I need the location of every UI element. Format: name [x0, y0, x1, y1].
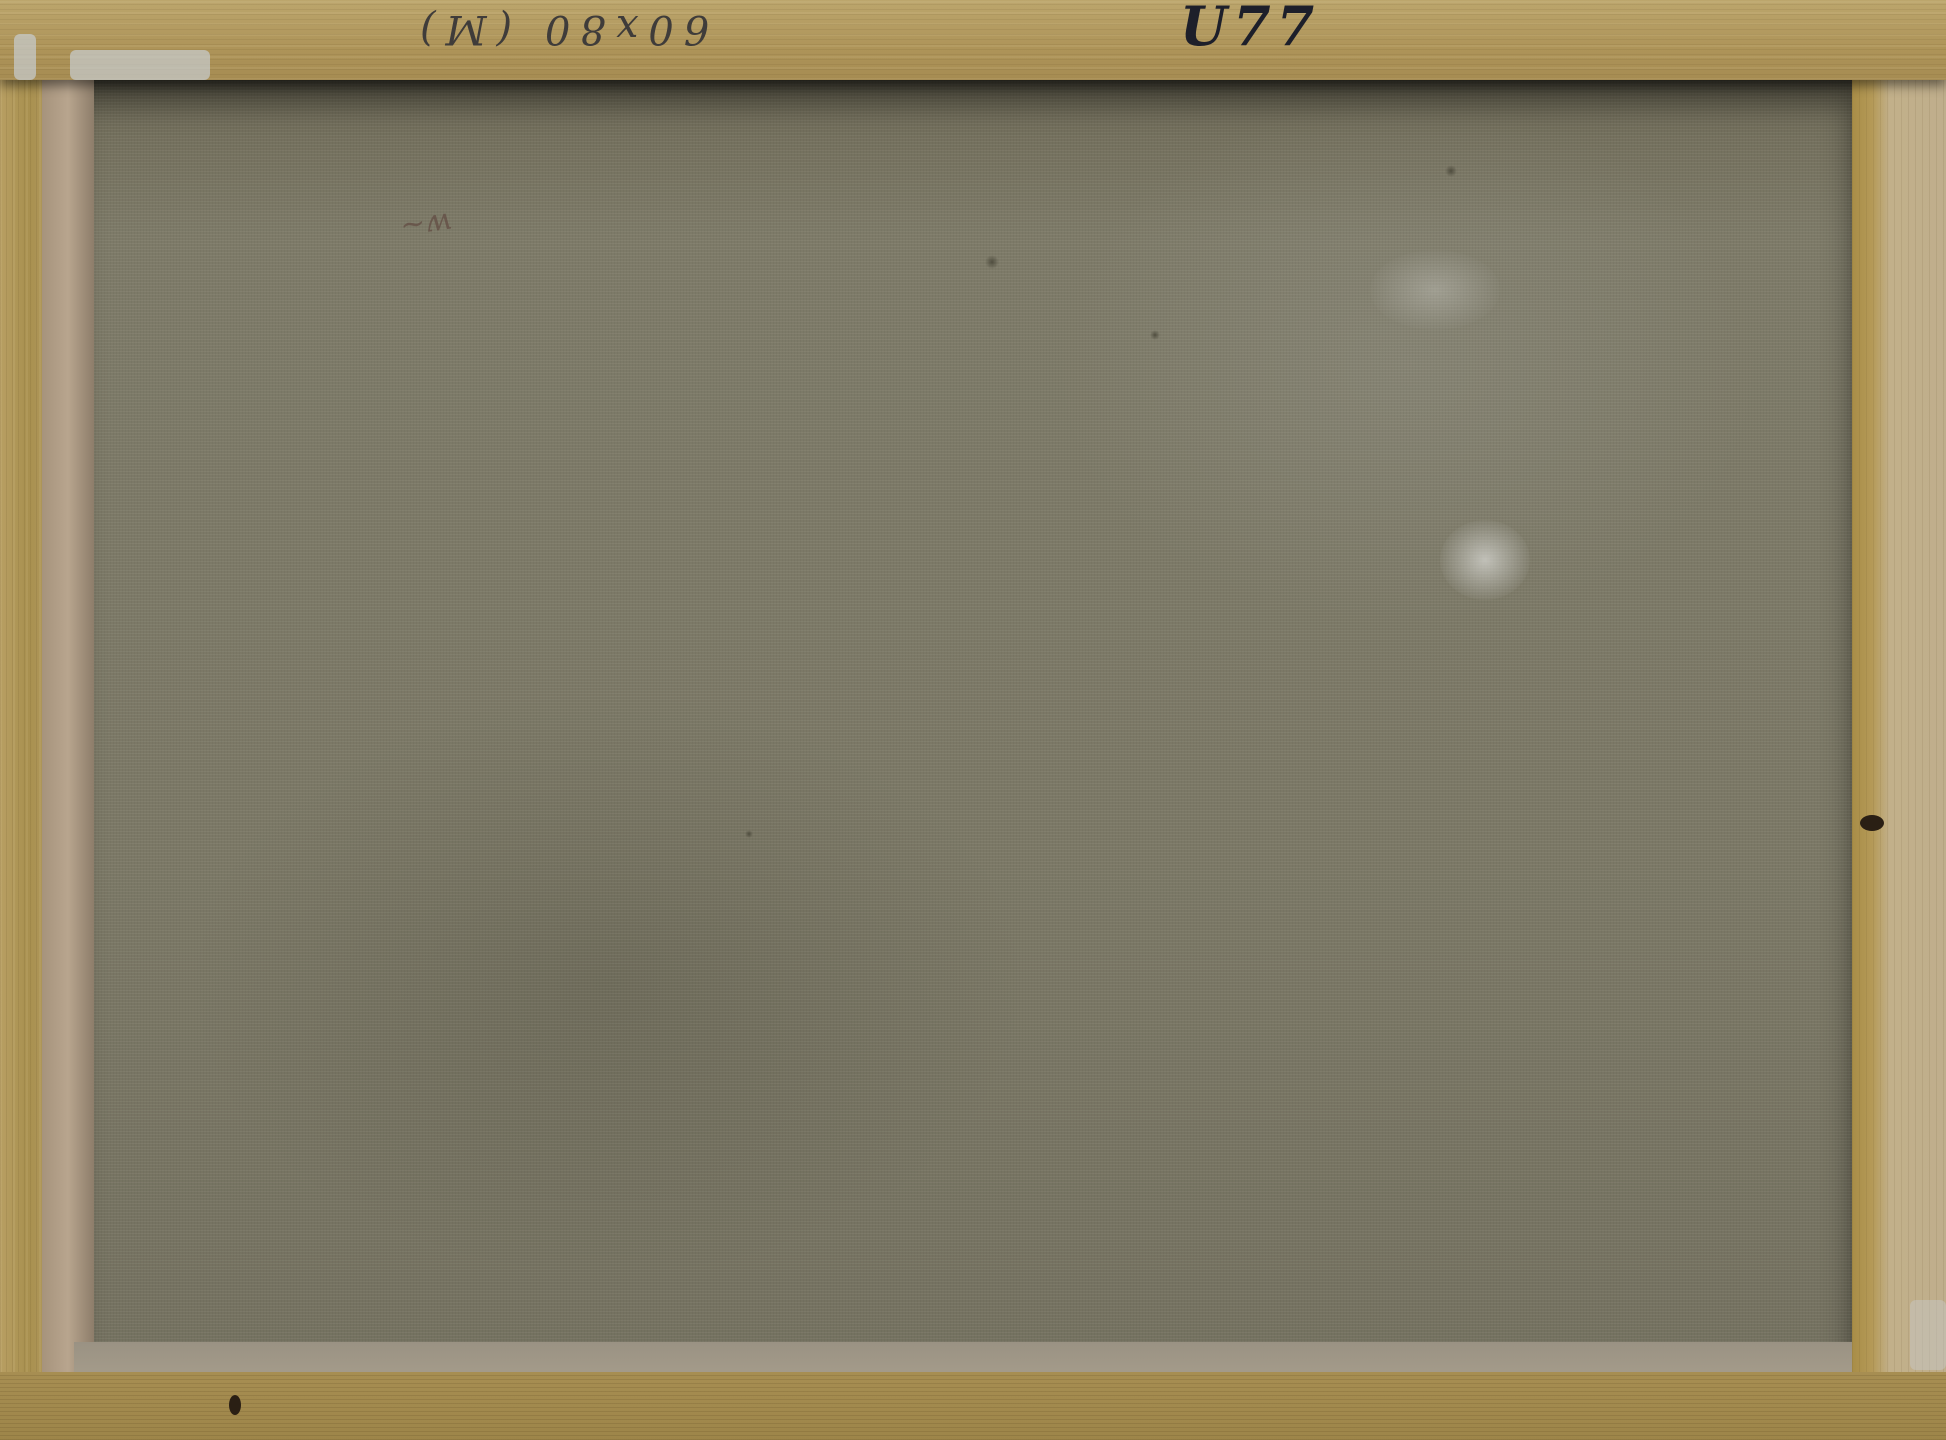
- canvas-turnover-edge: [74, 1342, 1852, 1374]
- nail-hole: [229, 1395, 241, 1415]
- nail-hole: [1860, 815, 1884, 831]
- stretcher-bottom-bar: [0, 1372, 1946, 1440]
- inventory-number-inscription: U77: [1180, 0, 1320, 58]
- dark-spot: [985, 255, 999, 269]
- pale-stain: [1370, 250, 1500, 330]
- paint-patch: [14, 34, 36, 80]
- stretcher-top-bar: [0, 0, 1946, 80]
- linen-canvas: [74, 80, 1852, 1372]
- paint-patch: [70, 50, 210, 80]
- white-smudge: [1440, 520, 1530, 600]
- stretcher-right-bar: [1852, 60, 1946, 1372]
- paint-patch: [1910, 1300, 1946, 1370]
- stretcher-left-inner-edge: [42, 80, 94, 1372]
- canvas-back-photo: 60x80 (M) U77 ~ʍ: [0, 0, 1946, 1440]
- pencil-scribble: ~ʍ: [398, 202, 453, 244]
- size-inscription: 60x80 (M): [410, 6, 709, 52]
- dark-spot: [745, 830, 753, 838]
- dark-spot: [1445, 165, 1457, 177]
- dark-spot: [1150, 330, 1160, 340]
